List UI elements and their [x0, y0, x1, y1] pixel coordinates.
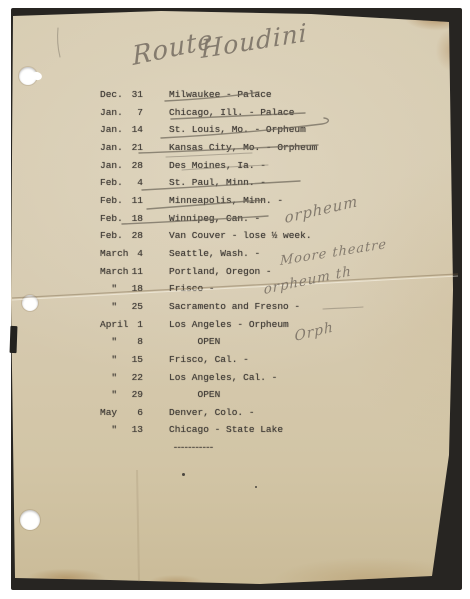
venue: St. Paul, Minn. -	[169, 174, 266, 192]
date-day: 7	[130, 104, 143, 122]
date-month: March	[100, 245, 130, 263]
venue: Denver, Colo. -	[169, 404, 255, 422]
venue: Chicago, Ill. - Palace	[169, 104, 294, 122]
date-day: 4	[130, 174, 143, 192]
date-day: 21	[130, 139, 143, 157]
date-day: 29	[130, 386, 143, 404]
date-day: 6	[130, 404, 143, 422]
route-row: March11Portland, Oregon -	[100, 263, 317, 281]
date-day: 18	[130, 210, 143, 228]
date-month	[100, 439, 130, 457]
route-row: -----------	[100, 439, 317, 457]
venue: Chicago - State Lake	[169, 421, 283, 439]
date-month: May	[100, 404, 130, 422]
date-day: 11	[130, 263, 143, 281]
venue: Los Angeles - Orpheum	[169, 316, 289, 334]
date-month: "	[100, 386, 130, 404]
route-row: Dec.31Milwaukee - Palace	[100, 86, 317, 104]
date-day: 18	[130, 280, 143, 298]
route-row: Feb.4St. Paul, Minn. -	[100, 174, 317, 192]
route-row: Jan.28Des Moines, Ia. -	[100, 157, 317, 175]
venue: Van Couver - lose ½ week.	[169, 227, 312, 245]
route-row: Feb.18Winnipeg, Can. -	[100, 210, 317, 228]
venue: Des Moines, Ia. -	[169, 157, 266, 175]
edge-tear	[10, 326, 18, 353]
date-day: 28	[130, 157, 143, 175]
date-day: 11	[130, 192, 143, 210]
ink-speck	[182, 473, 185, 476]
date-month: Jan.	[100, 104, 130, 122]
date-month: Jan.	[100, 121, 130, 139]
venue: Frisco -	[169, 280, 215, 298]
route-rows: Dec.31Milwaukee - PalaceJan.7Chicago, Il…	[100, 86, 317, 457]
date-month: Feb.	[100, 210, 130, 228]
venue: St. Louis, Mo. - Orpheum	[169, 121, 306, 139]
punch-hole-bottom	[20, 510, 40, 530]
venue: Kansas City, Mo. - Orpheum	[169, 139, 317, 157]
date-month: Feb.	[100, 174, 130, 192]
route-row: Jan.21Kansas City, Mo. - Orpheum	[100, 139, 317, 157]
route-row: "18Frisco -	[100, 280, 317, 298]
venue: Sacramento and Fresno -	[169, 298, 300, 316]
date-day: 14	[130, 121, 143, 139]
date-day: 1	[130, 316, 143, 334]
date-month: "	[100, 333, 130, 351]
date-day	[130, 439, 143, 457]
date-month: "	[100, 369, 130, 387]
date-month: Jan.	[100, 139, 130, 157]
ink-speck	[255, 486, 257, 488]
punch-hole-middle	[22, 295, 38, 311]
venue: OPEN	[169, 333, 220, 351]
date-month: Feb.	[100, 227, 130, 245]
date-month: "	[100, 298, 130, 316]
date-day: 13	[130, 421, 143, 439]
date-month: Jan.	[100, 157, 130, 175]
date-day: 28	[130, 227, 143, 245]
route-row: Jan.7Chicago, Ill. - Palace	[100, 104, 317, 122]
photo-backdrop: Dec.31Milwaukee - PalaceJan.7Chicago, Il…	[11, 8, 462, 590]
route-row: May6Denver, Colo. -	[100, 404, 317, 422]
date-month: April	[100, 316, 130, 334]
route-row: "15Frisco, Cal. -	[100, 351, 317, 369]
venue: Minneapolis, Minn. -	[169, 192, 283, 210]
route-row: "22Los Angeles, Cal. -	[100, 369, 317, 387]
route-row: "8 OPEN	[100, 333, 317, 351]
typed-divider: -----------	[169, 439, 212, 457]
date-month: Dec.	[100, 86, 130, 104]
route-row: March4Seattle, Wash. -	[100, 245, 317, 263]
punch-hole-top	[19, 67, 37, 85]
date-month: "	[100, 280, 130, 298]
venue: Seattle, Wash. -	[169, 245, 260, 263]
date-day: 22	[130, 369, 143, 387]
date-day: 25	[130, 298, 143, 316]
date-day: 4	[130, 245, 143, 263]
route-row: Feb.28Van Couver - lose ½ week.	[100, 227, 317, 245]
route-row: April1Los Angeles - Orpheum	[100, 316, 317, 334]
venue: Portland, Oregon -	[169, 263, 272, 281]
venue: Frisco, Cal. -	[169, 351, 249, 369]
date-day: 15	[130, 351, 143, 369]
date-day: 8	[130, 333, 143, 351]
venue: OPEN	[169, 386, 220, 404]
date-month: "	[100, 421, 130, 439]
date-month: "	[100, 351, 130, 369]
venue: Milwaukee - Palace	[169, 86, 272, 104]
date-month: March	[100, 263, 130, 281]
venue: Los Angeles, Cal. -	[169, 369, 277, 387]
date-day: 31	[130, 86, 143, 104]
route-row: Jan.14St. Louis, Mo. - Orpheum	[100, 121, 317, 139]
route-row: Feb.11Minneapolis, Minn. -	[100, 192, 317, 210]
date-month: Feb.	[100, 192, 130, 210]
route-row: "13Chicago - State Lake	[100, 421, 317, 439]
route-row: "25Sacramento and Fresno -	[100, 298, 317, 316]
route-row: "29 OPEN	[100, 386, 317, 404]
venue: Winnipeg, Can. -	[169, 210, 260, 228]
